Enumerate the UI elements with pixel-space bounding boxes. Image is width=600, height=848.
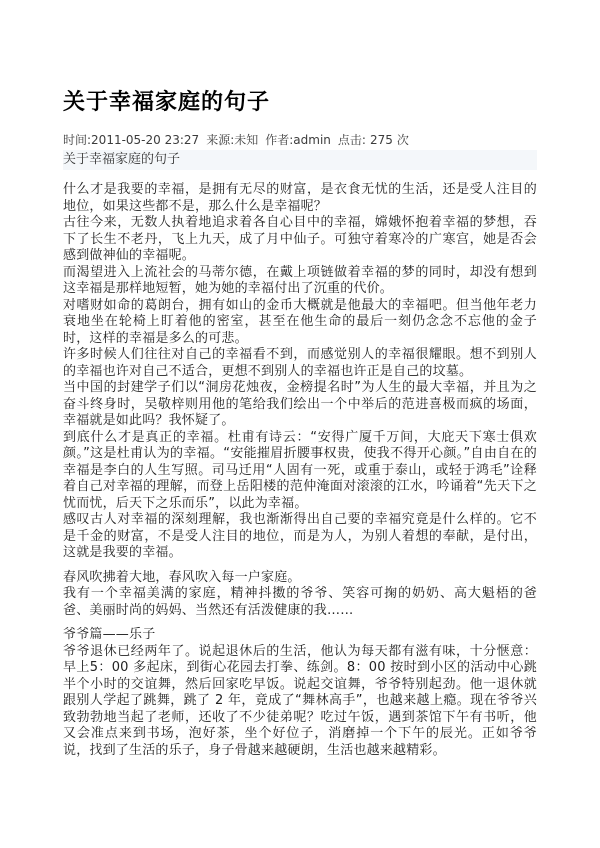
paragraph: 什么才是我要的幸福，是拥有无尽的财富，是衣食无忧的生活，还是受人注目的地位，如果… bbox=[63, 182, 537, 215]
article-content: 关于幸福家庭的句子 时间:2011-05-20 23:27来源:未知作者:adm… bbox=[63, 90, 537, 759]
section-header-bar: 关于幸福家庭的句子 bbox=[63, 150, 537, 170]
meta-source-value: 未知 bbox=[234, 133, 258, 147]
paragraph: 对嗜财如命的葛朗台，拥有如山的金币大概就是他最大的幸福吧。但当他年老力衰地坐在轮… bbox=[63, 298, 537, 348]
paragraph: 古往今来，无数人执着地追求着各自心目中的幸福，嫦娥怀抱着幸福的梦想，吞下了长生不… bbox=[63, 215, 537, 265]
meta-time-label: 时间: bbox=[63, 133, 91, 147]
meta-time: 时间:2011-05-20 23:27 bbox=[63, 133, 199, 147]
paragraph: 许多时候人们往往对自己的幸福看不到，而感觉别人的幸福很耀眼。想不到别人的幸福也许… bbox=[63, 347, 537, 380]
section-header-text: 关于幸福家庭的句子 bbox=[63, 152, 180, 167]
meta-author: 作者:admin bbox=[265, 133, 331, 147]
article-body: 什么才是我要的幸福，是拥有无尽的财富，是衣食无忧的生活，还是受人注目的地位，如果… bbox=[63, 182, 537, 759]
article-page: 关于幸福家庭的句子 时间:2011-05-20 23:27来源:未知作者:adm… bbox=[0, 0, 600, 848]
meta-clicks-unit: 次 bbox=[397, 133, 409, 147]
paragraph: 而渴望进入上流社会的马蒂尔德，在戴上项链做着幸福的梦的同时，却没有想到这幸福是那… bbox=[63, 265, 537, 298]
paragraph: 春风吹拂着大地，春风吹入每一户家庭。 bbox=[63, 570, 537, 587]
meta-clicks-label: 点击: bbox=[338, 133, 366, 147]
paragraph: 当中国的封建学子们以“洞房花烛夜，金榜提名时”为人生的最大幸福，并且为之奋斗终身… bbox=[63, 380, 537, 430]
meta-author-label: 作者: bbox=[265, 133, 293, 147]
paragraph bbox=[63, 562, 537, 570]
meta-author-value: admin bbox=[293, 133, 331, 147]
meta-source: 来源:未知 bbox=[206, 133, 258, 147]
page-title: 关于幸福家庭的句子 bbox=[63, 90, 537, 116]
meta-clicks: 点击:275次 bbox=[338, 133, 409, 147]
meta-source-label: 来源: bbox=[206, 133, 234, 147]
paragraph bbox=[63, 619, 537, 627]
paragraph: 感叹古人对幸福的深刻理解，我也渐渐得出自己要的幸福究竟是什么样的。它不是千金的财… bbox=[63, 512, 537, 562]
paragraph: 到底什么才是真正的幸福。杜甫有诗云：“安得广厦千万间，大庇天下寒士俱欢颜。”这是… bbox=[63, 430, 537, 513]
meta-time-value: 2011-05-20 23:27 bbox=[91, 133, 199, 147]
meta-line: 时间:2011-05-20 23:27来源:未知作者:admin点击:275次 bbox=[63, 133, 537, 148]
paragraph: 爷爷篇——乐子 bbox=[63, 627, 537, 644]
paragraph: 我有一个幸福美满的家庭，精神抖擞的爷爷、笑容可掬的奶奶、高大魁梧的爸爸、美丽时尚… bbox=[63, 586, 537, 619]
meta-clicks-value: 275 bbox=[370, 133, 393, 147]
paragraph: 爷爷退休已经两年了。说起退休后的生活，他认为每天都有滋有味，十分惬意：早上5：0… bbox=[63, 644, 537, 760]
